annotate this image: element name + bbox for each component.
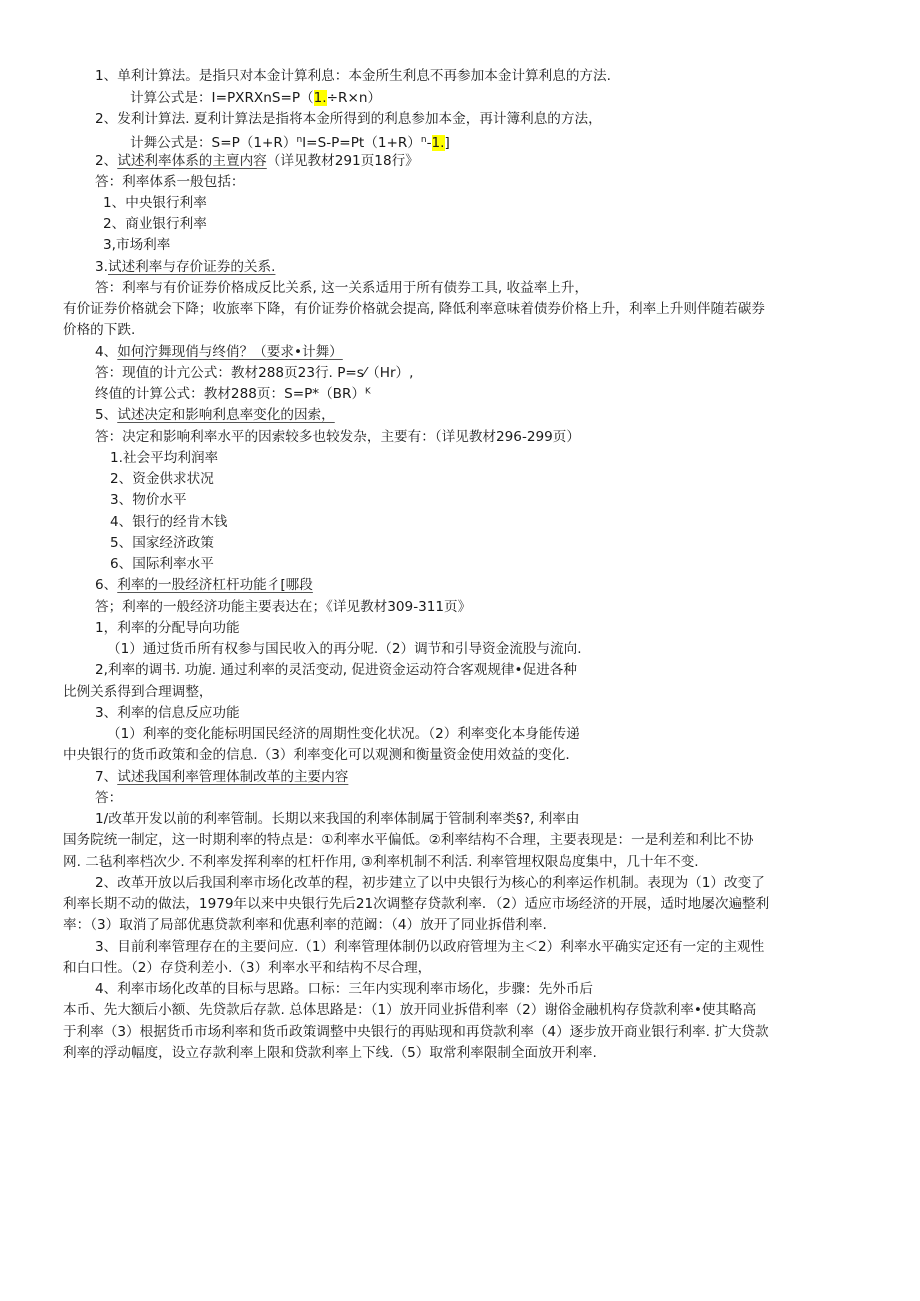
- answer-text: （1）利率的变化能标明国民经济的周期性变化状况。（2）利率变化本身能传递: [107, 724, 580, 745]
- answer-text: 答；利率的一般经济功能主要表达在；《详见教材309-311页》: [95, 597, 471, 618]
- simple-interest-formula: 计算公式是：I=PXRXnS=P（1.÷R×n）: [130, 88, 381, 109]
- list-item: 1、中央银行利率: [103, 193, 207, 214]
- sub-heading: 1，利率的分配导向功能: [95, 618, 240, 639]
- question-heading: 7、试述我国利率管理体制改革的主要内容: [95, 767, 348, 788]
- answer-text: 4、利率市场化改革的目标与思路。口标：三年内实现利率市场化，步骤：先外币后: [95, 979, 593, 1000]
- text-line: 1、单利计算法。是指只对本金计算利息：本金所生利息不再参加本金计算利息的方法.: [95, 66, 611, 87]
- answer-text: 答：利率与有价证券价格成反比关系, 这一关系适用于所有债券工具, 收益率上升，: [95, 278, 588, 299]
- question-heading: 2、试述利率体系的主亶内容（详见教材291页18行》: [95, 151, 419, 172]
- answer-text: 网. 二毡利率档次少. 不利率发挥利率的杠杆作用, ③利率机制不利活. 利率管埋…: [63, 852, 699, 873]
- compound-interest-formula: 计舞公式是：S=P（1+R）nI=S-P=Pt（1+R）n-1.]: [130, 130, 450, 151]
- answer-text: 3、目前利率管理存在的主要问应.（1）利率管理体制仍以政府管埋为主＜2）利率水平…: [95, 937, 764, 958]
- sub-heading: 3、利率的信息反应功能: [95, 703, 240, 724]
- list-item: 3,市场利率: [103, 235, 170, 256]
- answer-text: 2、改革开放以后我国利率市场化改革的程，初步建立了以中央银行为核心的利率运作机制…: [95, 873, 765, 894]
- compound-interest-definition: 2、发利计算法. 夏利计算法是指将本金所得到的利息参加本金，再计簿利息的方法，: [95, 111, 602, 127]
- document-page: 1、单利计算法。是指只对本金计算利息：本金所生利息不再参加本金计算利息的方法. …: [0, 0, 920, 1301]
- answer-text: 答：利率体系一般包括：: [95, 172, 245, 193]
- answer-text: 答：决定和影响利率水平的因索较多也较发杂，主要有：（详见教材296-299页）: [95, 427, 580, 448]
- answer-text: 有价证券价格就会下降；收旅率下降，有价证券价格就会提高, 降低利率意味着债券价格…: [63, 299, 765, 320]
- answer-text: （1）通过货币所有权参与国民收入的再分呢.（2）调节和引导资金流股与流向.: [107, 639, 582, 660]
- answer-text: 本币、先大额后小额、先贷款后存款. 总体思路是：（1）放开同业拆借利率（2）谢俗…: [63, 1000, 756, 1021]
- answer-text: 比例关系得到合理调整，: [63, 682, 213, 703]
- list-item: 4、银行的经肯木钱: [110, 512, 227, 533]
- question-heading: 6、利率的一股经济杠杆功能彳[哪段: [95, 575, 313, 596]
- simple-interest-definition: 1、单利计算法。是指只对本金计算利息：本金所生利息不再参加本金计算利息的方法.: [95, 68, 611, 84]
- highlighted-text: 1.: [314, 90, 327, 106]
- answer-text: 于利率（3）根据货币市场利率和货币政策调整中央银行的再贴现和再贷款利率（4）逐步…: [63, 1022, 769, 1043]
- sub-heading: 2,利率的调书. 功旎. 通过利率的灵活变动, 促进资金运动符合客观规律•促进各…: [95, 660, 577, 681]
- answer-label: 答：: [95, 788, 122, 809]
- list-item: 1.社会平均利润率: [110, 448, 218, 469]
- answer-text: 答：现值的计亢公式：教材288页23行. P=s⁄（Hr）,: [95, 363, 413, 384]
- question-heading: 5、试述决定和影响利息率变化的因索，: [95, 405, 335, 426]
- question-heading: 3.试述利率与存价证券的关系.: [95, 257, 275, 278]
- text-line: 2、发利计算法. 夏利计算法是指将本金所得到的利息参加本金，再计簿利息的方法，: [95, 109, 602, 130]
- list-item: 3、物价水平: [110, 490, 187, 511]
- list-item: 5、国家经济政策: [110, 533, 214, 554]
- answer-text: 中央银行的货币政策和金的信息.（3）利率变化可以观测和衡量资金使用效益的变化.: [63, 745, 570, 766]
- answer-text: 利率长期不动的做法，1979年以来中央银行先后21次调整存贷款利率．（2）适应市…: [63, 894, 769, 915]
- answer-text: 1/改革开发以前的利率管制。长期以来我国的利率体制属于管制利率类§?, 利率由: [95, 809, 579, 830]
- list-item: 6、国际利率水平: [110, 554, 214, 575]
- answer-text: 国务院统一制定，这一时期利率的特点是：①利率水平偏低。②利率结构不合理，主要表现…: [63, 830, 753, 851]
- answer-text: 价格的下跌.: [63, 320, 135, 341]
- answer-text: 和白口性。（2）存贷利差小.（3）利率水平和结构不尽合理，: [63, 958, 431, 979]
- answer-text: 率：（3）取消了局部优惠贷款利率和优惠利率的范阚：（4）放开了同业拆借利率.: [63, 915, 547, 936]
- answer-text: 利率的浮动幅度，设立存款利率上限和贷款利率上下线.（5）取常利率限制全面放开利率…: [63, 1043, 597, 1064]
- answer-text: 终值的计算公式：教材288页：S=P*（BR）ᴷ: [95, 384, 371, 405]
- list-item: 2、商业银行利率: [103, 214, 207, 235]
- list-item: 2、资金供求状况: [110, 469, 214, 490]
- highlighted-text: 1.: [432, 135, 445, 151]
- question-heading: 4、如何泞舞现俏与终俏？（要求•计舞）: [95, 342, 343, 363]
